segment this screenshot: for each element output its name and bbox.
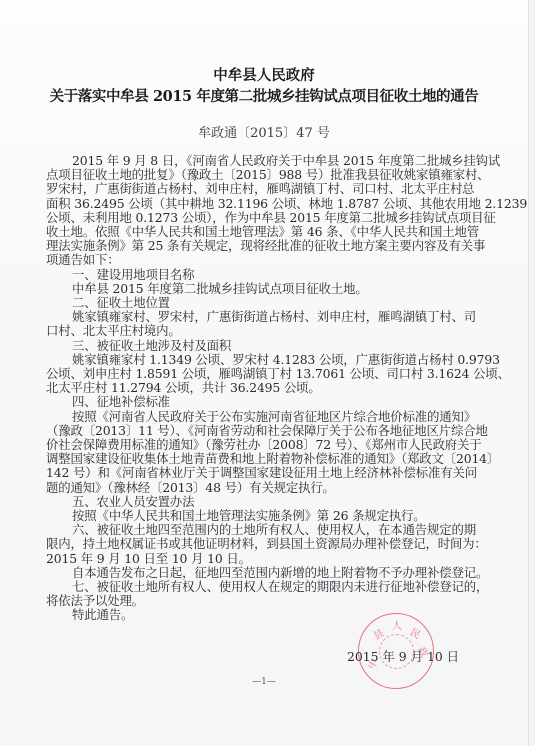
- body-line: 口村、北太平庄村境内。: [46, 324, 181, 338]
- body-line: 二、征收土地位置: [72, 296, 170, 310]
- seal-char: 人: [392, 617, 402, 632]
- body-line: 罗宋村，广惠街街道占杨村、刘申庄村，雁鸣湖镇丁村、司口村、北太平庄村总: [46, 182, 474, 196]
- seal-char: 民: [408, 624, 424, 642]
- body-line: 特此通告。: [72, 608, 133, 622]
- body-line: （豫政〔2013〕11 号）、《河南省劳动和社会保障厅关于公布各地征地区片综合地: [46, 424, 488, 438]
- document-number: 牟政通〔2015〕47 号: [0, 122, 528, 141]
- body-line: 四、征地补偿标准: [72, 395, 170, 409]
- body-line: 2015 年 9 月 8 日，《河南省人民政府关于中牟县 2015 年度第二批城…: [72, 154, 500, 168]
- signature-date: 2015 年 9 月 10 日: [347, 647, 459, 665]
- body-line: 价社会保障费用标准的通知》（豫劳社办〔2008〕72 号）、《郑州市人民政府关于: [46, 438, 482, 452]
- body-line: 公顷、未利用地 0.1273 公顷），作为中牟县 2015 年度第二批城乡挂钩试…: [46, 211, 496, 225]
- body-line: 五、农业人员安置办法: [72, 495, 194, 509]
- body-line: 三、被征收土地涉及村及面积: [72, 339, 231, 353]
- body-line: 调整国家建设征收集体土地青苗费和地上附着物补偿标准的通知》（郑政文〔2014〕: [46, 452, 499, 466]
- body-line: 点项目征收土地的批复》（豫政土〔2015〕988 号）批准我县征收姚家镇雍家村、: [46, 168, 489, 182]
- body-line: 收土地。依照《中华人民共和国土地管理法》第 46 条、《中华人民共和国土地管: [46, 225, 479, 239]
- body-line: 六、被征收土地四至范围内的土地所有权人、使用权人，在本通告规定的期: [72, 523, 476, 537]
- body-line: 按照《中华人民共和国土地管理法实施条例》第 26 条规定执行。: [72, 509, 426, 523]
- body-line: 中牟县 2015 年度第二批城乡挂钩试点项目征收土地。: [72, 282, 368, 296]
- body-line: 2015 年 9 月 10 日至 10 月 10 日。: [46, 552, 251, 566]
- document-page: 中牟县人民政府 关于落实中牟县 2015 年度第二批城乡挂钩试点项目征收土地的通…: [0, 0, 529, 746]
- body-line: 姚家镇雍家村 1.1349 公顷、罗宋村 4.1283 公顷，广惠街街道占杨村 …: [72, 353, 500, 367]
- body-line: 面积 36.2495 公顷（其中耕地 32.1196 公顷、林地 1.8787 …: [46, 197, 527, 211]
- body-line: 姚家镇雍家村、罗宋村，广惠街街道占杨村、刘申庄村，雁鸣湖镇丁村、司: [72, 310, 476, 324]
- document-title: 关于落实中牟县 2015 年度第二批城乡挂钩试点项目征收土地的通告: [0, 85, 528, 106]
- body-line: 自本通告发布之日起，征地四至范围内新增的地上附着物不予办理补偿登记。: [72, 566, 488, 580]
- body-line: 按照《河南省人民政府关于公布实施河南省征地区片综合地价标准的通知》: [72, 410, 476, 424]
- issuer-heading: 中牟县人民政府: [0, 64, 528, 85]
- body-line: 北太平庄村 11.2794 公顷，共计 36.2495 公顷。: [46, 381, 321, 395]
- body-line: 公顷、刘申庄村 1.8591 公顷，雁鸣湖镇丁村 13.7061 公顷、司口村 …: [46, 367, 510, 381]
- body-line: 七、被征收土地所有权人、使用权人在规定的期限内未进行征地补偿登记的，: [72, 580, 488, 594]
- page-number: —1—: [0, 677, 528, 687]
- body-line: 题的通知》（豫林经〔2013〕48 号）有关规定执行。: [46, 481, 335, 495]
- body-line: 理法实施条例》第 25 条有关规定，现将经批准的征收土地方案主要内容及有关事: [46, 239, 485, 253]
- body-line: 142 号）和《河南省林业厅关于调整国家建设征用土地上经济林补偿标准有关问: [46, 466, 477, 480]
- body-line: 限内，持土地权属证书或其他证明材料，到县国土资源局办理补偿登记，时间为：: [46, 537, 487, 551]
- body-line: 将依法予以处理。: [46, 594, 144, 608]
- body-line: 一、建设用地项目名称: [72, 268, 194, 282]
- body-line: 项通告如下：: [46, 253, 119, 267]
